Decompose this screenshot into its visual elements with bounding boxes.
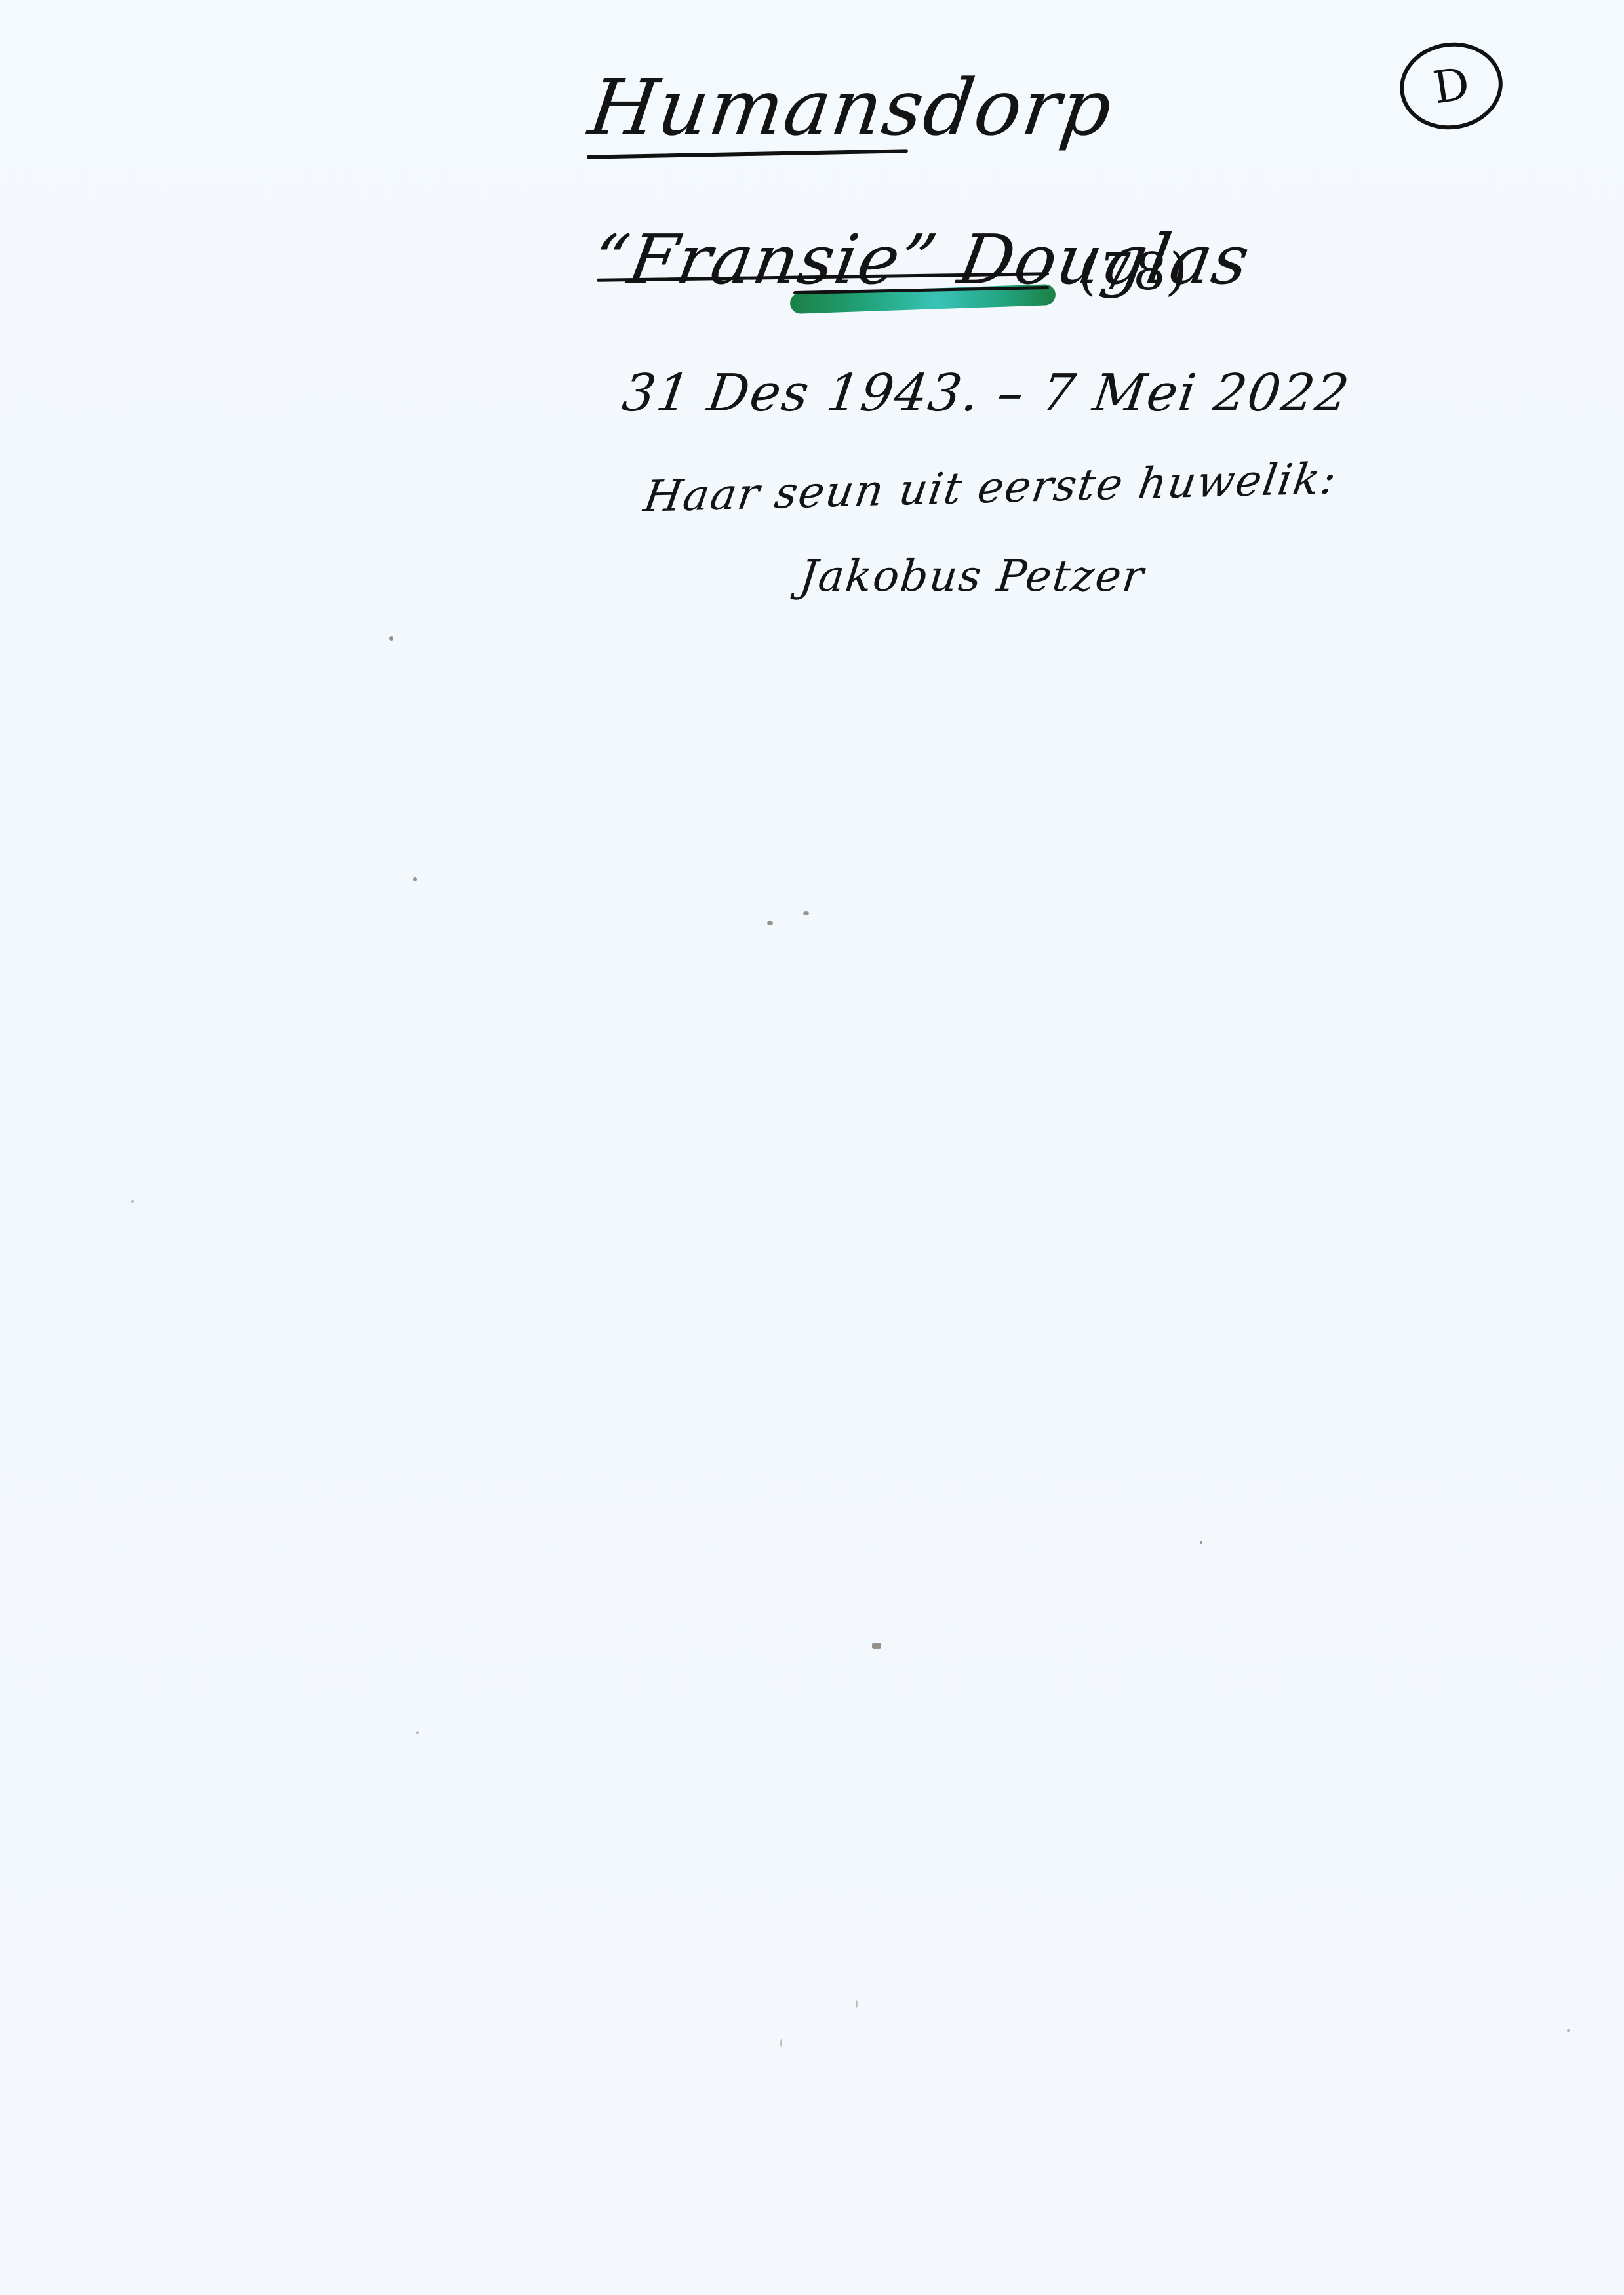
scan-speck (872, 1643, 881, 1649)
relation-note: Haar seun uit eerste huwelik: (641, 453, 1341, 522)
scan-speck (131, 1200, 134, 1203)
scan-speck (1567, 2029, 1570, 2032)
scan-speck (413, 877, 417, 881)
scan-speck (1200, 1541, 1202, 1544)
relative-name: Jakobus Petzer (797, 551, 1147, 601)
scanned-page: D Humansdorp “Fransie” Douglas (78) 31 D… (0, 0, 1624, 2295)
scan-speck (767, 921, 773, 925)
scan-speck (856, 2000, 858, 2008)
scan-speck (803, 911, 809, 915)
page-mark-circled: D (1395, 36, 1509, 136)
scan-speck (389, 636, 393, 641)
scan-speck (416, 1731, 419, 1734)
page-mark-letter: D (1430, 58, 1473, 114)
person-age: (78) (1075, 243, 1192, 302)
scan-speck (780, 2039, 782, 2047)
life-dates: 31 Des 1943. – 7 Mei 2022 (619, 364, 1354, 423)
place-heading: Humansdorp (584, 62, 1119, 153)
